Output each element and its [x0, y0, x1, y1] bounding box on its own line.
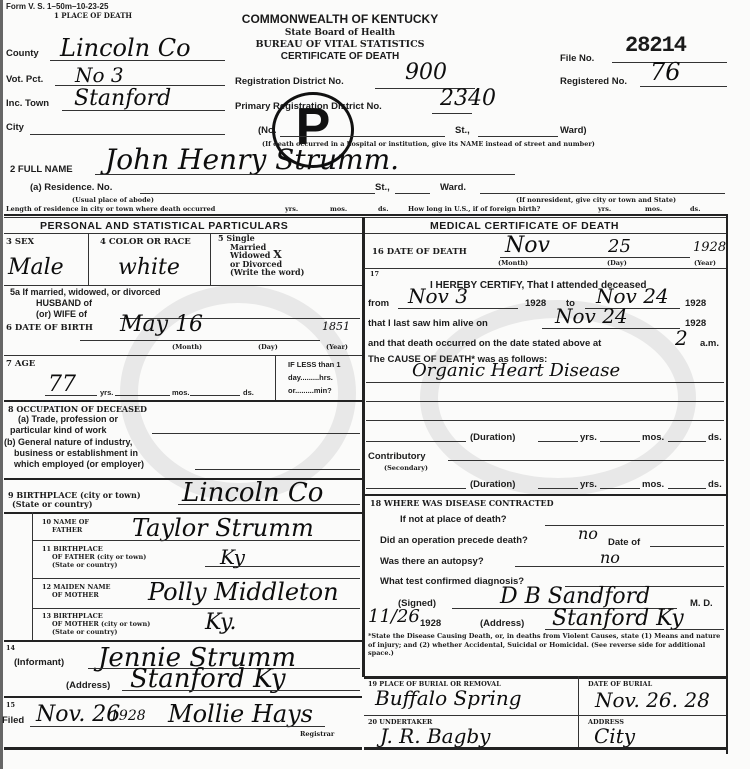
occupation-b-3: which employed (or employer): [14, 459, 144, 469]
ward-label: Ward): [560, 125, 587, 136]
birth-year-caption: (Year): [326, 343, 348, 351]
burial-place-value: Buffalo Spring: [375, 686, 522, 710]
last-saw-value: Nov 24: [555, 304, 628, 328]
death-time-suffix: a.m.: [700, 338, 719, 349]
place-of-death-label: 1 PLACE OF DEATH: [54, 11, 132, 20]
length-mos: mos.: [330, 205, 347, 213]
inc-town-value: Stanford: [74, 86, 171, 111]
duration-mos-2: mos.: [642, 479, 664, 490]
father-name-label: 10 NAME OFFATHER: [42, 518, 89, 534]
mother-birthplace-label: 13 BIRTHPLACEOF MOTHER (city or town)(St…: [42, 612, 150, 636]
spouse-wife-label: (or) WIFE of: [36, 309, 87, 319]
burial-address-value: City: [594, 724, 635, 748]
burial-date-label: DATE OF BURIAL: [588, 680, 652, 688]
duration-yrs-1: yrs.: [580, 432, 597, 443]
scan-edge: [0, 0, 3, 769]
vot-pct-label: Vot. Pct.: [6, 74, 43, 85]
death-date-label: 16 DATE OF DEATH: [372, 247, 467, 257]
less-than-label: IF LESS than 1: [288, 360, 341, 369]
where-contracted-label: 18 WHERE WAS DISEASE CONTRACTED: [370, 498, 554, 508]
operation-label: Did an operation precede death?: [380, 535, 528, 546]
residence-st-label: St.,: [375, 182, 390, 193]
operation-value: no: [578, 524, 598, 543]
burial-date-value: Nov. 26. 28: [595, 688, 710, 712]
death-day-value: 25: [608, 236, 631, 257]
registrar-signature: Mollie Hays: [168, 700, 313, 728]
undertaker-value: J. R. Bagby: [380, 724, 490, 748]
from-label: from: [368, 298, 389, 309]
death-year-value: 1928: [693, 240, 726, 255]
file-no-value: 28214: [625, 33, 686, 58]
street-no-label: (No.: [258, 125, 276, 136]
signed-year-value: 1928: [420, 618, 441, 629]
full-name-value: John Henry Strumm.: [105, 143, 399, 176]
length-ds: ds.: [378, 205, 388, 213]
residence-ward-label: Ward.: [440, 182, 466, 193]
birth-month-caption: (Month): [172, 343, 202, 351]
parents-section-label: PARENTS: [4, 548, 18, 638]
less-day: day.........hrs.: [288, 373, 333, 382]
birthplace-sub: (State or country): [12, 499, 93, 509]
full-name-label: 2 FULL NAME: [10, 164, 73, 175]
mother-name-label: 12 MAIDEN NAMEOF MOTHER: [42, 583, 111, 599]
birth-year-value: 1851: [322, 320, 350, 333]
contributory-label: Contributory: [368, 451, 426, 462]
duration-label-1: (Duration): [470, 432, 515, 443]
nonresident-note: (If nonresident, give city or town and S…: [516, 196, 676, 204]
occupation-a-2: particular kind of work: [10, 425, 107, 435]
inc-town-label: Inc. Town: [6, 98, 49, 109]
mother-birthplace-value: Ky.: [205, 610, 237, 635]
death-month-value: Nov: [505, 233, 550, 258]
length-residence-label: Length of residence in city or town wher…: [6, 205, 215, 213]
autopsy-value: no: [600, 548, 620, 567]
birth-date-label: 6 DATE OF BIRTH: [6, 323, 93, 333]
age-mos: mos.: [172, 388, 190, 397]
watermark-seal: [420, 300, 696, 496]
age-label: 7 AGE: [6, 359, 35, 369]
father-birthplace-label: 11 BIRTHPLACEOF FATHER (city or town)(St…: [42, 545, 146, 569]
filed-label: Filed: [2, 715, 24, 726]
death-year-caption: (Year): [694, 259, 716, 267]
length-yrs: yrs.: [285, 205, 298, 213]
autopsy-label: Was there an autopsy?: [380, 556, 484, 567]
county-label: County: [6, 48, 39, 59]
color-value: white: [118, 255, 180, 280]
primary-registration-value: 2340: [440, 86, 496, 111]
medical-section-title: MEDICAL CERTIFICATE OF DEATH: [430, 220, 619, 232]
secondary-label: (Secondary): [384, 464, 428, 472]
death-day-caption: (Day): [607, 259, 627, 267]
less-or: or.........min?: [288, 386, 332, 395]
us-ds: ds.: [690, 205, 700, 213]
md-label: M. D.: [690, 598, 713, 609]
how-long-us-label: How long in U.S., if of foreign birth?: [408, 205, 540, 213]
registrar-label: Registrar: [300, 730, 334, 738]
informant-label: (Informant): [14, 657, 64, 668]
death-certificate: Form V. S. 1–50m–10-23-25 COMMONWEALTH O…: [0, 0, 750, 769]
father-name-value: Taylor Strumm: [132, 514, 314, 542]
registered-no-value: 76: [650, 58, 681, 86]
spouse-husband-label: HUSBAND of: [36, 298, 92, 308]
death-month-caption: (Month): [498, 259, 528, 267]
medical-address-value: Stanford Ky: [552, 606, 684, 631]
last-saw-label: that I last saw him alive on: [368, 318, 488, 329]
marital-status-label: 5 Single Married Widowed X or Divorced (…: [218, 234, 304, 277]
file-no-label: File No.: [560, 53, 594, 64]
age-ds: ds.: [243, 388, 254, 397]
last-saw-year: 1928: [685, 318, 706, 329]
registered-no-label: Registered No.: [560, 76, 627, 87]
occupation-label: 8 OCCUPATION OF DECEASED: [8, 404, 147, 414]
duration-mos-1: mos.: [642, 432, 664, 443]
informant-number: 14: [6, 644, 15, 652]
duration-ds-2: ds.: [708, 479, 722, 490]
duration-yrs-2: yrs.: [580, 479, 597, 490]
us-mos: mos.: [645, 205, 662, 213]
board-title: State Board of Health: [230, 28, 450, 38]
registration-district-label: Registration District No.: [235, 76, 344, 87]
spouse-label-1: 5a If married, widowed, or divorced: [10, 287, 161, 297]
residence-label: (a) Residence. No.: [30, 182, 112, 193]
death-time-value: 2: [675, 326, 688, 350]
date-of-label: Date of: [608, 537, 640, 548]
city-label: City: [6, 122, 24, 133]
filed-number: 15: [6, 701, 15, 709]
form-number: Form V. S. 1–50m–10-23-25: [6, 2, 108, 11]
not-place-label: If not at place of death?: [400, 514, 507, 525]
certify-number: 17: [370, 270, 379, 278]
informant-address-label: (Address): [66, 680, 110, 691]
duration-ds-1: ds.: [708, 432, 722, 443]
us-yrs: yrs.: [598, 205, 611, 213]
county-value: Lincoln Co: [60, 34, 191, 62]
signed-date-value: 11/26: [368, 606, 420, 627]
personal-section-title: PERSONAL AND STATISTICAL PARTICULARS: [40, 220, 288, 232]
birth-date-value: May 16: [120, 312, 203, 337]
duration-label-2: (Duration): [470, 479, 515, 490]
filed-year-value: 1928: [110, 708, 146, 724]
cause-value: Organic Heart Disease: [412, 360, 620, 381]
state-title: COMMONWEALTH OF KENTUCKY: [230, 12, 450, 26]
age-value: 77: [48, 372, 76, 397]
color-label: 4 COLOR OR RACE: [100, 237, 191, 247]
usual-abode-note: (Usual place of abode): [72, 196, 154, 204]
occupation-a-1: (a) Trade, profession or: [18, 414, 118, 424]
to-year: 1928: [685, 298, 706, 309]
vot-pct-value: No 3: [75, 63, 124, 87]
registration-district-value: 900: [405, 60, 447, 85]
birth-day-caption: (Day): [258, 343, 278, 351]
medical-address-label: (Address): [480, 618, 524, 629]
from-year: 1928: [525, 298, 546, 309]
sex-value: Male: [8, 255, 64, 280]
bureau-title: BUREAU OF VITAL STATISTICS: [230, 39, 450, 50]
sex-label: 3 SEX: [6, 237, 34, 247]
from-value: Nov 3: [408, 284, 468, 308]
cause-footnote: *State the Disease Causing Death, or, in…: [368, 632, 723, 658]
occupation-b-2: business or establishment in: [14, 448, 138, 458]
occupation-b-1: (b) General nature of industry,: [4, 437, 132, 447]
street-label: St.,: [455, 125, 470, 136]
filed-date-value: Nov. 26: [36, 702, 120, 727]
death-time-label: and that death occurred on the date stat…: [368, 338, 601, 349]
mother-name-value: Polly Middleton: [148, 578, 339, 606]
age-yrs: yrs.: [100, 388, 113, 397]
